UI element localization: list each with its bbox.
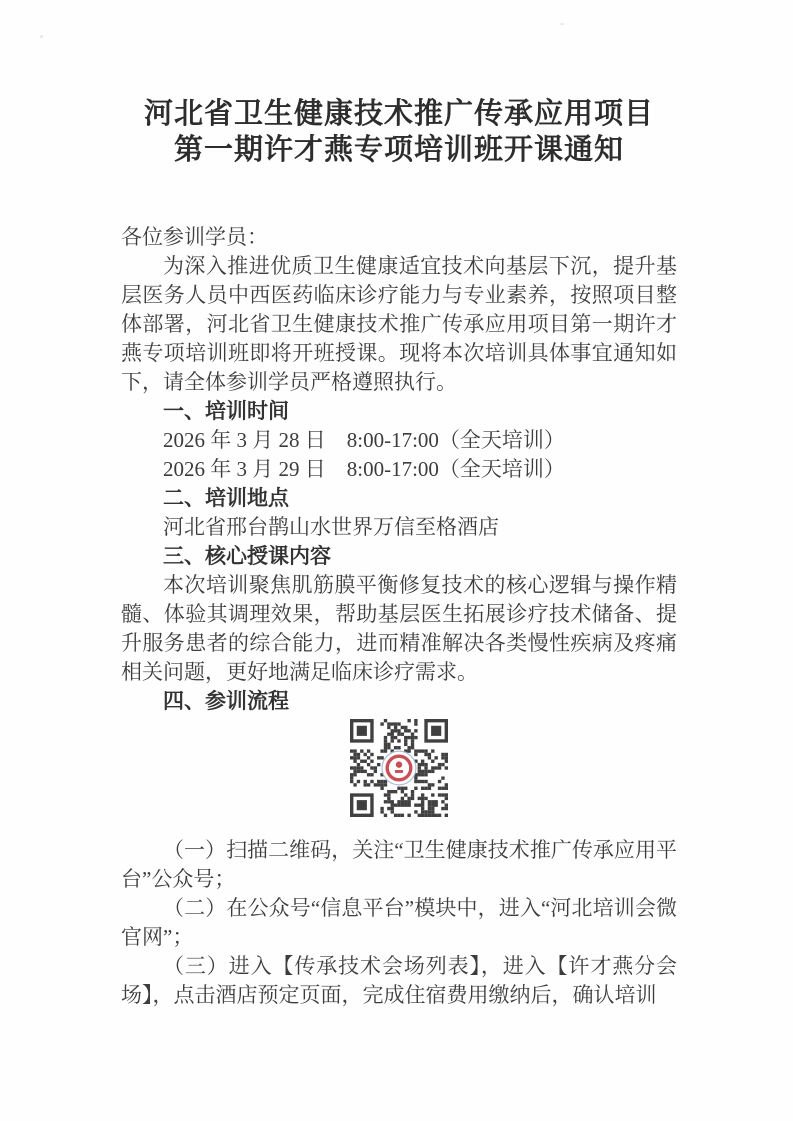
wechat-qr-code: [350, 719, 448, 817]
training-date-line: 2026 年 3 月 28 日 8:00-17:00（全天培训）: [121, 426, 677, 455]
title-line-1: 河北省卫生健康技术推广传承应用项目: [121, 96, 677, 132]
section-heading-process: 四、参训流程: [121, 687, 677, 716]
training-date-line: 2026 年 3 月 29 日 8:00-17:00（全天培训）: [121, 455, 677, 484]
salutation: 各位参训学员：: [121, 223, 677, 252]
core-content-paragraph: 本次培训聚焦肌筋膜平衡修复技术的核心逻辑与操作精髓、体验其调理效果，帮助基层医生…: [121, 571, 677, 687]
process-step-1: （一）扫描二维码，关注“卫生健康技术推广传承应用平台”公众号；: [121, 836, 677, 894]
section-heading-core-content: 三、核心授课内容: [121, 542, 677, 571]
section-heading-time: 一、培训时间: [121, 397, 677, 426]
document-body: 各位参训学员： 为深入推进优质卫生健康适宜技术向基层下沉，提升基层医务人员中西医…: [121, 223, 677, 1010]
scan-noise-speck: [560, 23, 564, 25]
process-step-2: （二）在公众号“信息平台”模块中，进入“河北培训会微官网”；: [121, 894, 677, 952]
process-step-3: （三）进入【传承技术会场列表】，进入【许才燕分会场】，点击酒店预定页面，完成住宿…: [121, 952, 677, 1010]
document-page: 河北省卫生健康技术推广传承应用项目 第一期许才燕专项培训班开课通知 各位参训学员…: [0, 0, 793, 1121]
title-line-2: 第一期许才燕专项培训班开课通知: [121, 132, 677, 168]
document-title: 河北省卫生健康技术推广传承应用项目 第一期许才燕专项培训班开课通知: [121, 0, 677, 168]
qr-code-image: [350, 719, 448, 817]
section-heading-location: 二、培训地点: [121, 484, 677, 513]
scan-noise-speck: [40, 35, 43, 38]
training-address: 河北省邢台鹊山水世界万信至格酒店: [121, 513, 677, 542]
intro-paragraph: 为深入推进优质卫生健康适宜技术向基层下沉，提升基层医务人员中西医药临床诊疗能力与…: [121, 252, 677, 397]
